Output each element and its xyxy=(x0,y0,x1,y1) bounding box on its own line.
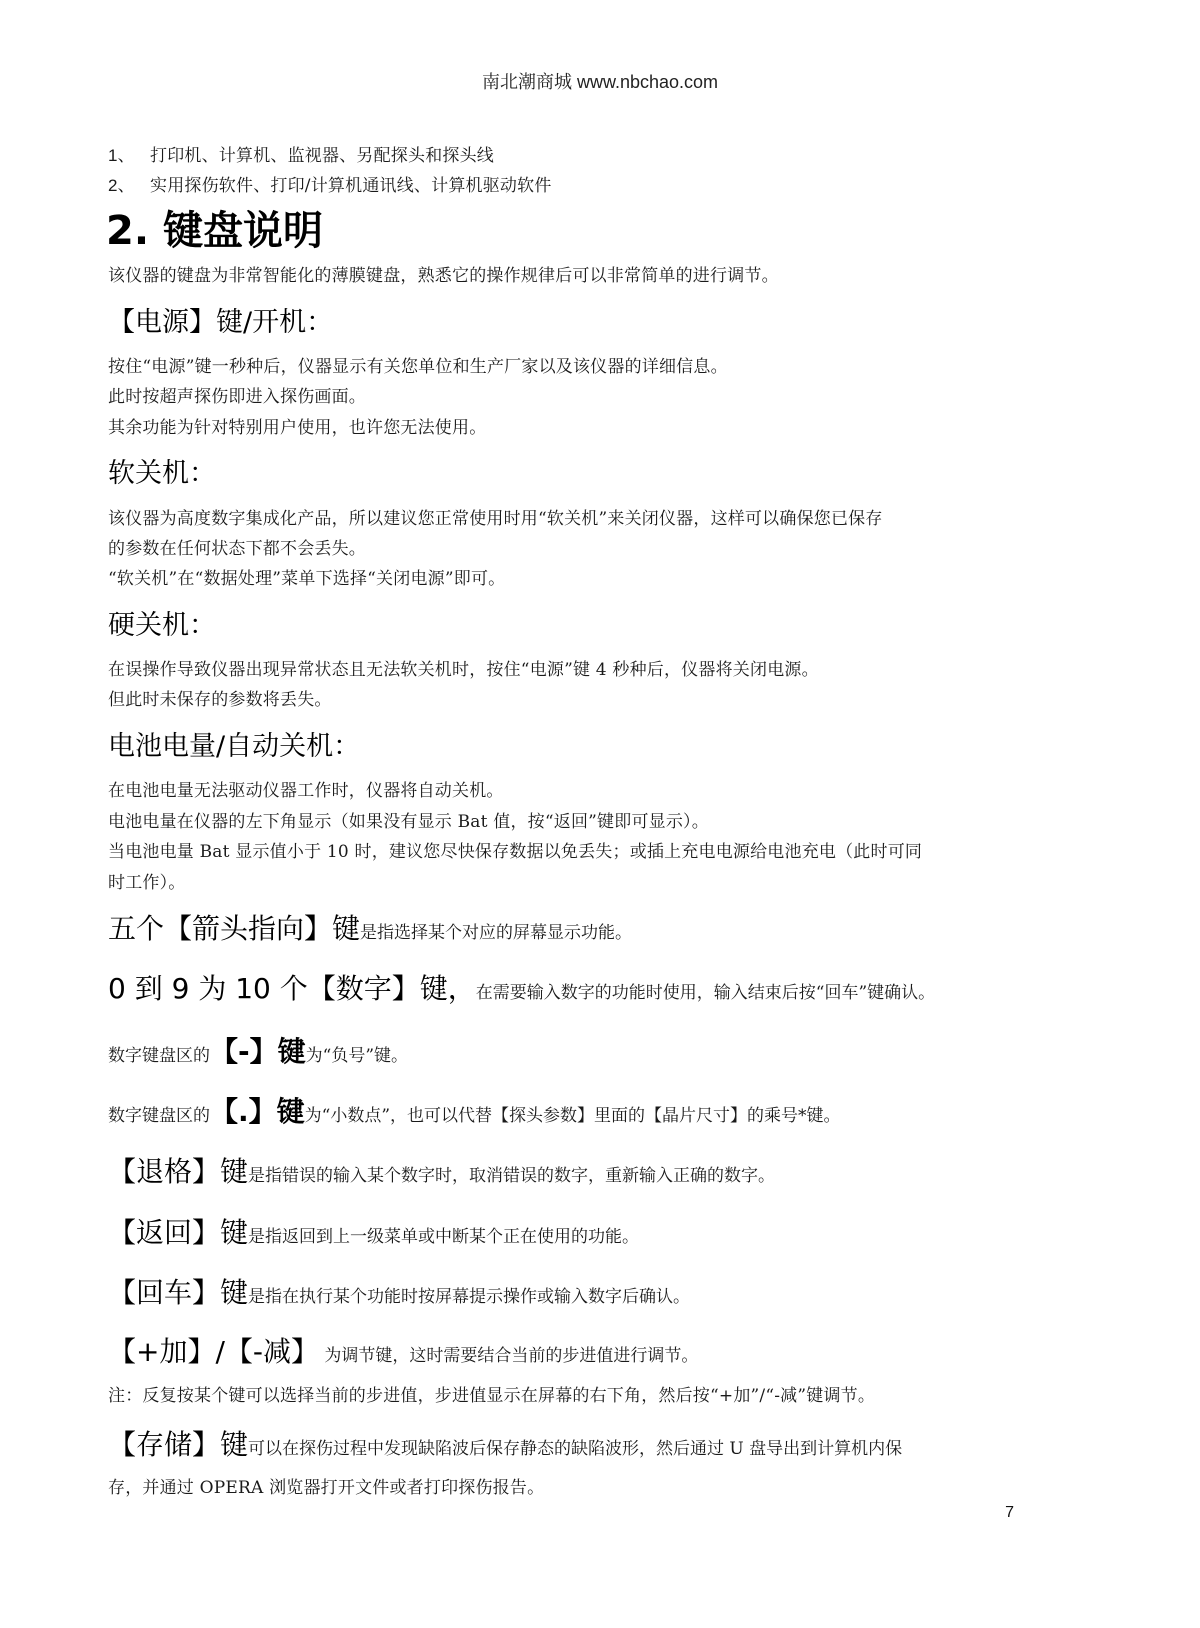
key-label: 【返回】键 xyxy=(108,1216,248,1249)
paragraph-line: 电池电量在仪器的左下角显示（如果没有显示 Bat 值，按“返回”键即可显示）。 xyxy=(108,812,709,832)
paragraph-line: 该仪器为高度数字集成化产品，所以建议您正常使用时用“软关机”来关闭仪器，这样可以… xyxy=(108,509,883,529)
key-minus: 数字键盘区的【-】键为“负号”键。 xyxy=(108,1035,408,1073)
key-desc: 为“负号”键。 xyxy=(306,1046,408,1066)
section-title: 2. 键盘说明 xyxy=(106,208,323,254)
heading-soft-off: 软关机： xyxy=(108,458,216,490)
paragraph-line: 按住“电源”键一秒种后，仪器显示有关您单位和生产厂家以及该仪器的详细信息。 xyxy=(108,357,728,377)
key-label: 【退格】键 xyxy=(108,1155,248,1188)
key-desc: 是指选择某个对应的屏幕显示功能。 xyxy=(360,923,632,943)
heading-power: 【电源】键/开机： xyxy=(108,307,333,339)
key-desc: 为调节键，这时需要结合当前的步进值进行调节。 xyxy=(319,1346,698,1366)
key-label: 五个【箭头指向】键 xyxy=(108,912,360,945)
section-intro: 该仪器的键盘为非常智能化的薄膜键盘，熟悉它的操作规律后可以非常简单的进行调节。 xyxy=(108,266,779,286)
key-desc: 是指在执行某个功能时按屏幕提示操作或输入数字后确认。 xyxy=(248,1287,690,1307)
paragraph-line: “软关机”在“数据处理”菜单下选择“关闭电源”即可。 xyxy=(108,569,505,589)
heading-hard-off: 硬关机： xyxy=(108,610,216,642)
list-item: 2、实用探伤软件、打印/计算机通讯线、计算机驱动软件 xyxy=(108,176,552,196)
key-desc: 在需要输入数字的功能时使用，输入结束后按“回车”键确认。 xyxy=(476,983,935,1003)
key-desc: 是指返回到上一级菜单或中断某个正在使用的功能。 xyxy=(248,1227,639,1247)
document-page: 南北潮商城 www.nbchao.com 1、打印机、计算机、监视器、另配探头和… xyxy=(0,0,1200,1628)
paragraph-line: 在误操作导致仪器出现异常状态且无法软关机时，按住“电源”键 4 秒种后，仪器将关… xyxy=(108,660,819,680)
key-backspace: 【退格】键是指错误的输入某个数字时，取消错误的数字，重新输入正确的数字。 xyxy=(108,1155,775,1193)
paragraph-line: 时工作）。 xyxy=(108,873,186,893)
paragraph-line: 存，并通过 OPERA 浏览器打开文件或者打印探伤报告。 xyxy=(108,1478,544,1498)
key-store: 【存储】键可以在探伤过程中发现缺陷波后保存静态的缺陷波形，然后通过 U 盘导出到… xyxy=(108,1428,902,1466)
paragraph-line: 但此时未保存的参数将丢失。 xyxy=(108,690,332,710)
paragraph-line: 此时按超声探伤即进入探伤画面。 xyxy=(108,387,366,407)
key-digits: 0 到 9 为 10 个【数字】键，在需要输入数字的功能时使用，输入结束后按“回… xyxy=(108,972,935,1010)
list-number: 2、 xyxy=(108,176,150,196)
page-header: 南北潮商城 www.nbchao.com xyxy=(0,68,1200,94)
key-arrows: 五个【箭头指向】键是指选择某个对应的屏幕显示功能。 xyxy=(108,912,632,950)
key-prefix: 数字键盘区的 xyxy=(108,1046,210,1066)
list-text: 实用探伤软件、打印/计算机通讯线、计算机驱动软件 xyxy=(150,176,552,196)
list-text: 打印机、计算机、监视器、另配探头和探头线 xyxy=(150,146,494,166)
key-label: 【-】键 xyxy=(210,1035,306,1068)
key-prefix: 数字键盘区的 xyxy=(108,1106,210,1126)
key-plus-minus: 【+加】/【-减】 为调节键，这时需要结合当前的步进值进行调节。 xyxy=(108,1335,698,1373)
key-dot: 数字键盘区的【.】键为“小数点”，也可以代替【探头参数】里面的【晶片尺寸】的乘号… xyxy=(108,1095,841,1133)
page-number: 7 xyxy=(1005,1504,1014,1522)
key-desc: 为“小数点”，也可以代替【探头参数】里面的【晶片尺寸】的乘号*键。 xyxy=(305,1106,841,1126)
list-number: 1、 xyxy=(108,146,150,166)
key-label: 【回车】键 xyxy=(108,1276,248,1309)
key-back: 【返回】键是指返回到上一级菜单或中断某个正在使用的功能。 xyxy=(108,1216,639,1254)
key-label: 【+加】/【-减】 xyxy=(108,1335,319,1368)
key-label: 【存储】键 xyxy=(108,1428,248,1461)
heading-battery: 电池电量/自动关机： xyxy=(108,731,360,763)
key-desc: 可以在探伤过程中发现缺陷波后保存静态的缺陷波形，然后通过 U 盘导出到计算机内保 xyxy=(248,1439,902,1459)
paragraph-line: 的参数在任何状态下都不会丢失。 xyxy=(108,539,366,559)
key-desc: 是指错误的输入某个数字时，取消错误的数字，重新输入正确的数字。 xyxy=(248,1166,775,1186)
key-label: 0 到 9 为 10 个【数字】键， xyxy=(108,972,476,1005)
paragraph-line: 其余功能为针对特别用户使用，也许您无法使用。 xyxy=(108,418,486,438)
paragraph-line: 当电池电量 Bat 显示值小于 10 时，建议您尽快保存数据以免丢失；或插上充电… xyxy=(108,842,922,862)
paragraph-line: 在电池电量无法驱动仪器工作时，仪器将自动关机。 xyxy=(108,781,504,801)
list-item: 1、打印机、计算机、监视器、另配探头和探头线 xyxy=(108,146,494,166)
note-text: 注：反复按某个键可以选择当前的步进值，步进值显示在屏幕的右下角，然后按“+加”/… xyxy=(108,1386,875,1406)
key-label: 【.】键 xyxy=(210,1095,305,1128)
key-enter: 【回车】键是指在执行某个功能时按屏幕提示操作或输入数字后确认。 xyxy=(108,1276,690,1314)
